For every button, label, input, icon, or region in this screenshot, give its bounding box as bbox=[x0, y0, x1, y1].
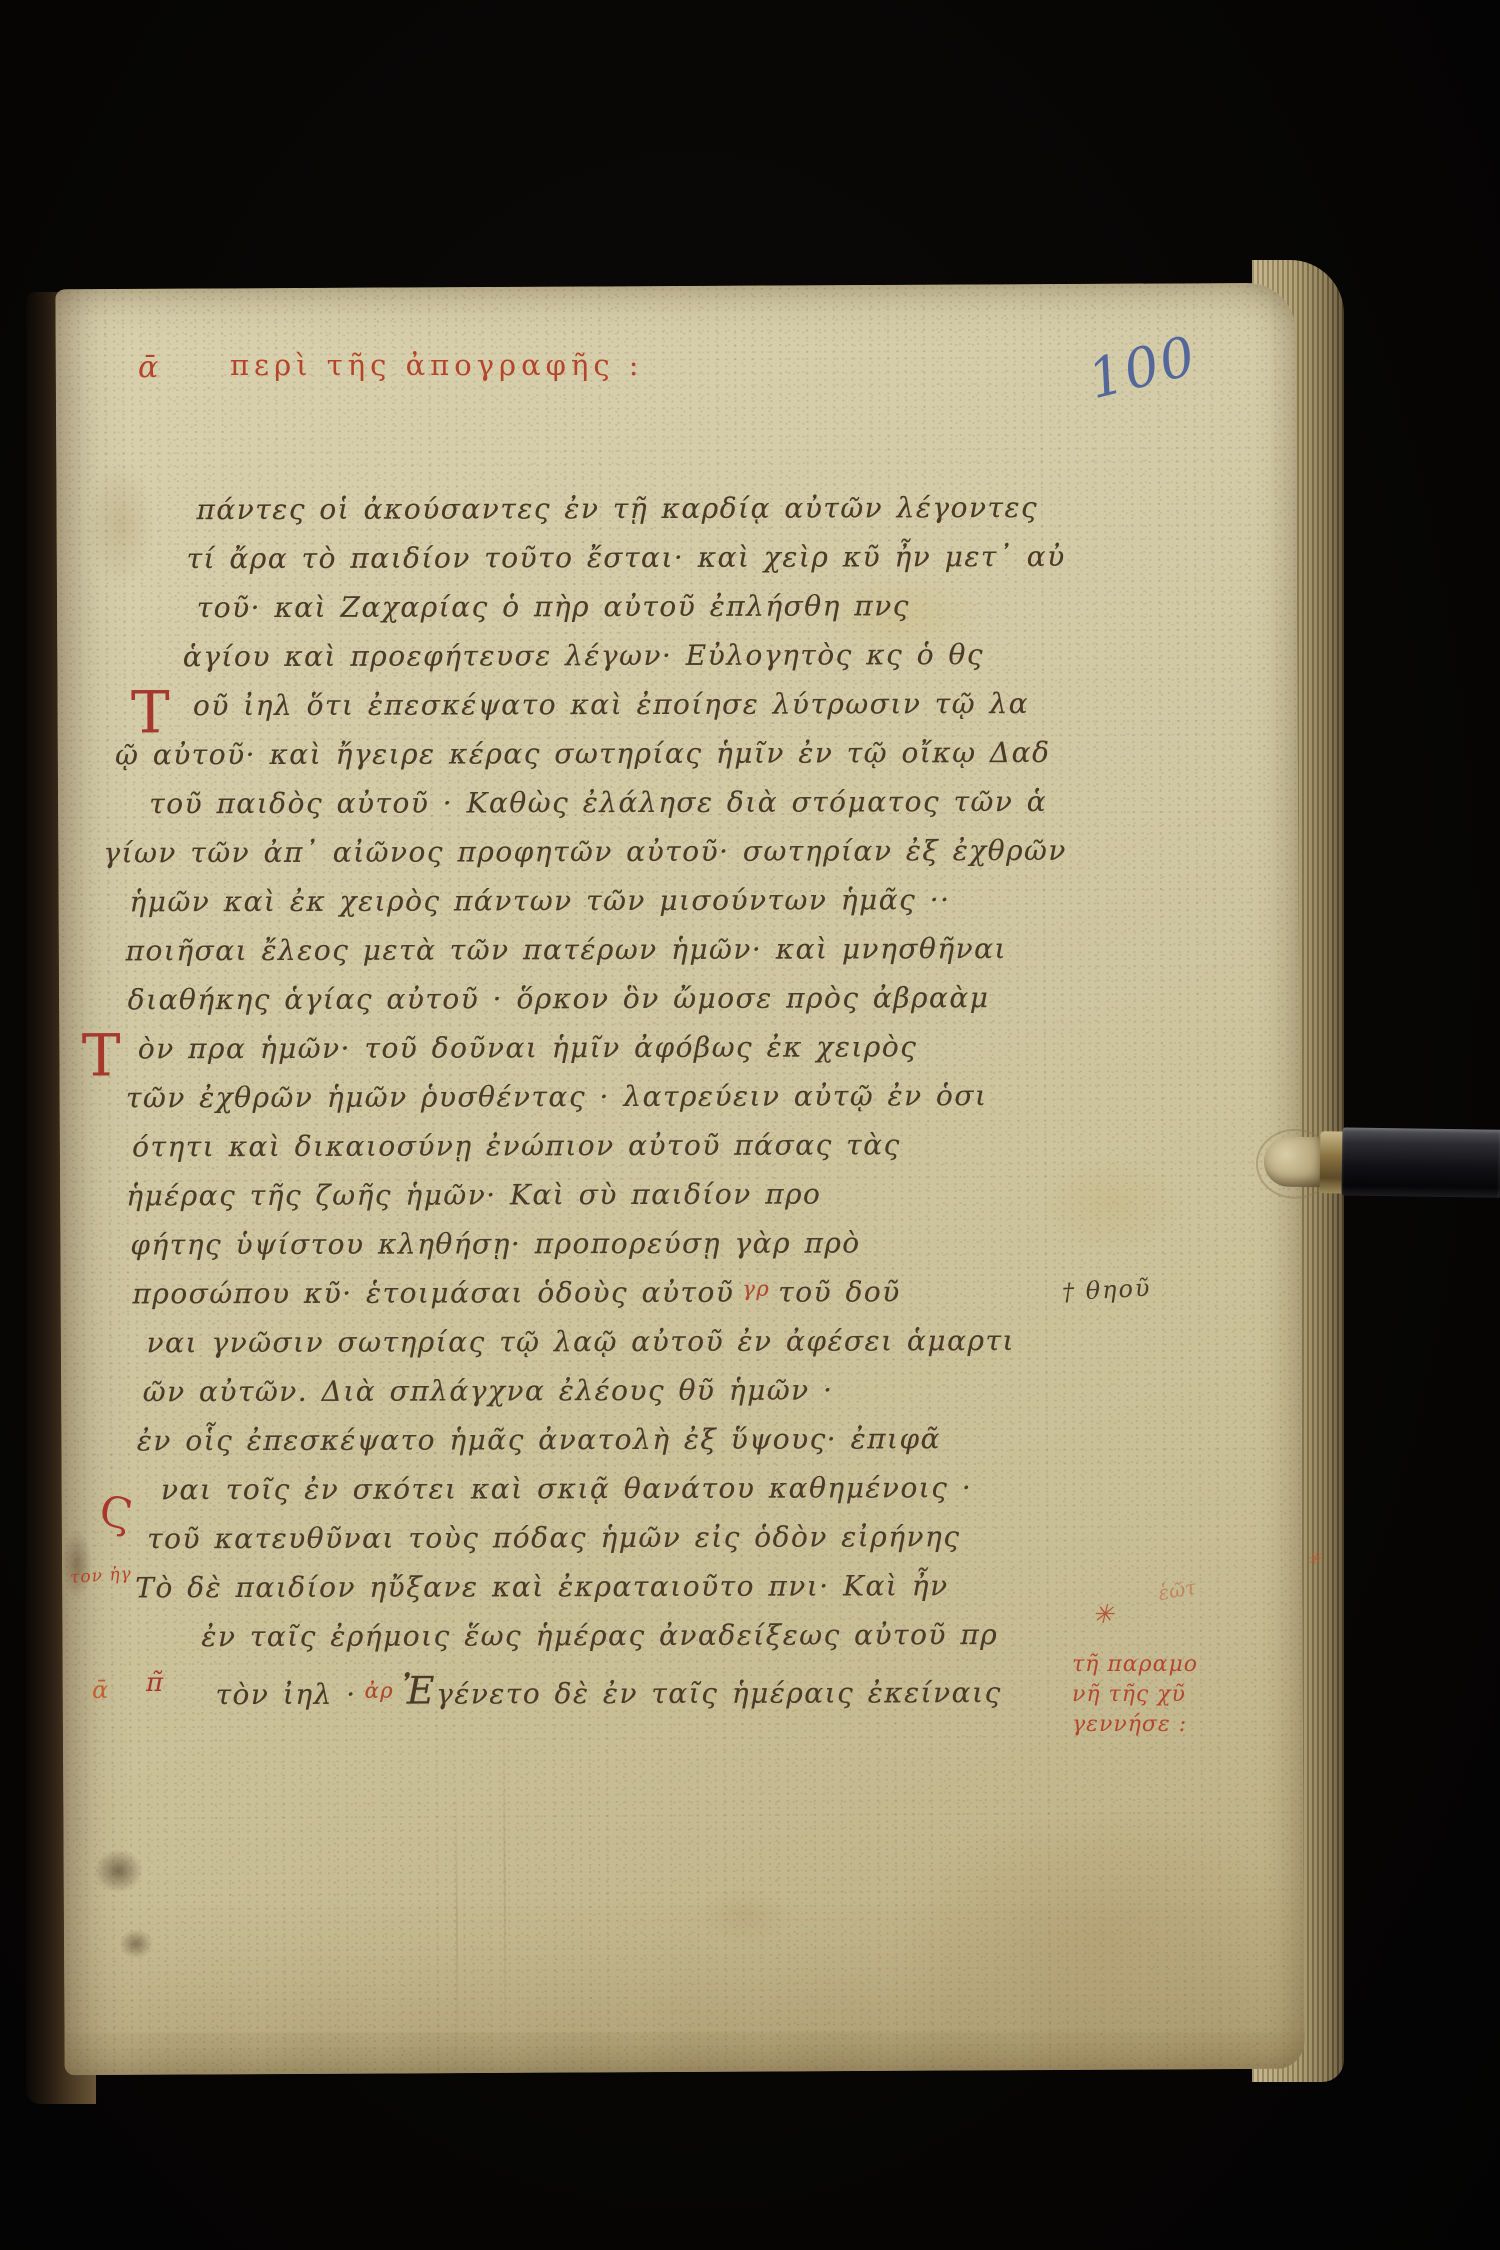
line-text: ποιῆσαι ἔλεος μετὰ τῶν πατέρων ἡμῶν· καὶ… bbox=[126, 932, 1007, 967]
parchment-crease bbox=[455, 1777, 459, 2067]
margin-chapter-alpha: ᾱ bbox=[92, 1676, 108, 1704]
parchment-stain bbox=[86, 459, 157, 589]
margin-pi-siglum: π̃ bbox=[146, 1668, 163, 1698]
line-text: ῶν αὐτῶν. Διὰ σπλάγχνα ἐλέους θῦ ἡμῶν · bbox=[143, 1373, 834, 1408]
text-line: ἡμέρας τῆς ζωῆς ἡμῶν· Καὶ σὺ παιδίον προ bbox=[126, 1177, 1090, 1229]
line-text: ὸν πρα ἡμῶν· τοῦ δοῦναι ἡμῖν ἀφόβως ἐκ χ… bbox=[138, 1030, 918, 1065]
text-line: ότητι καὶ δικαιοσύνῃ ἐνώπιον αὐτοῦ πάσας… bbox=[132, 1128, 1090, 1180]
text-line: τί ἄρα τὸ παιδίον τοῦτο ἔσται· καὶ χεὶρ … bbox=[187, 540, 1089, 591]
line-text: τοῦ κατευθῦναι τοὺς πόδας ἡμῶν εἰς ὁδὸν … bbox=[147, 1520, 960, 1555]
text-line: ναι γνῶσιν σωτηρίας τῷ λαῷ αὐτοῦ ἐν ἀφέσ… bbox=[147, 1324, 1091, 1375]
text-line: ῶν αὐτῶν. Διὰ σπλάγχνα ἐλέους θῦ ἡμῶν · bbox=[143, 1373, 1091, 1424]
text-line: ῷ αὐτοῦ· καὶ ἤγειρε κέρας σωτηρίας ἡμῖν … bbox=[115, 736, 1089, 788]
text-line: ἡμῶν καὶ ἐκ χειρὸς πάντων τῶν μισούντων … bbox=[129, 883, 1089, 935]
manuscript-photo: ᾱ περὶ τῆς ἀπογραφῆς : 100 πάντες οἱ ἀκο… bbox=[0, 0, 1500, 2250]
text-line: ἁγίου καὶ προεφήτευσε λέγων· Εὐλογητὸς κ… bbox=[183, 638, 1089, 689]
parchment-crease bbox=[503, 1687, 507, 2067]
parchment-stain bbox=[62, 1529, 92, 1599]
line-text: οῦ ἰηλ ὅτι ἐπεσκέψατο καὶ ἐποίησε λύτρωσ… bbox=[193, 687, 1029, 722]
line-text: Τὸ δὲ παιδίον ηὔξανε καὶ ἐκραταιοῦτο πνι… bbox=[135, 1569, 948, 1604]
text-line: τοῦ· καὶ Ζαχαρίας ὁ πὴρ αὐτοῦ ἐπλήσθη πν… bbox=[197, 589, 1089, 640]
line-text: τοῦ παιδὸς αὐτοῦ · Καθὼς ἐλάλησε διὰ στό… bbox=[149, 785, 1047, 820]
line-text: ότητι καὶ δικαιοσύνῃ ἐνώπιον αὐτοῦ πάσας… bbox=[132, 1128, 901, 1163]
text-line: ναι τοῖς ἐν σκότει καὶ σκιᾷ θανάτου καθη… bbox=[161, 1471, 1091, 1522]
lection-start-mark: ἀρ bbox=[365, 1679, 395, 1703]
rubric-initial: Τ bbox=[131, 683, 171, 741]
line-text: ἐν ταῖς ἐρήμοις ἕως ἡμέρας ἀναδείξεως αὐ… bbox=[201, 1618, 998, 1653]
text-line: Τὸν πρα ἡμῶν· τοῦ δοῦναι ἡμῖν ἀφόβως ἐκ … bbox=[138, 1030, 1090, 1081]
text-line: τοῦ κατευθῦναι τοὺς πόδας ἡμῶν εἰς ὁδὸν … bbox=[147, 1520, 1091, 1571]
text-line: διαθήκης ἁγίας αὐτοῦ · ὅρκον ὃν ὤμοσε πρ… bbox=[128, 981, 1090, 1033]
line-text: ἡμέρας τῆς ζωῆς ἡμῶν· Καὶ σὺ παιδίον προ bbox=[126, 1178, 821, 1213]
variant-mark-rubric: γρ bbox=[742, 1277, 770, 1301]
lectionary-note-line: γεννήσε : bbox=[1072, 1710, 1198, 1740]
line-text: γένετο δὲ ἐν ταῖς ἡμέραις ἐκείναις bbox=[436, 1676, 1002, 1710]
text-line: γίων τῶν ἀπ᾽ αἰῶνος προφητῶν αὐτοῦ· σωτη… bbox=[103, 834, 1089, 886]
page-header-rubric: περὶ τῆς ἀπογραφῆς : bbox=[230, 348, 644, 382]
line-text: τοῦ· καὶ Ζαχαρίας ὁ πὴρ αὐτοῦ ἐπλήσθη πν… bbox=[197, 589, 910, 624]
parchment-stain bbox=[94, 1849, 144, 1893]
text-line: ἐν ταῖς ἐρήμοις ἕως ἡμέρας ἀναδείξεως αὐ… bbox=[201, 1618, 1091, 1669]
metal-pointer bbox=[1255, 1120, 1500, 1201]
line-text: φήτης ὑψίστου κληθήσῃ· προπορεύσῃ γὰρ πρ… bbox=[130, 1226, 860, 1261]
line-text: ναι τοῖς ἐν σκότει καὶ σκιᾷ θανάτου καθη… bbox=[161, 1471, 972, 1506]
text-line: τοῦ παιδὸς αὐτοῦ · Καθὼς ἐλάλησε διὰ στό… bbox=[149, 785, 1089, 836]
line-text: γίων τῶν ἀπ᾽ αἰῶνος προφητῶν αὐτοῦ· σωτη… bbox=[103, 834, 1067, 870]
line-text: ἡμῶν καὶ ἐκ χειρὸς πάντων τῶν μισούντων … bbox=[129, 883, 950, 918]
text-line: ποιῆσαι ἔλεος μετὰ τῶν πατέρων ἡμῶν· καὶ… bbox=[126, 932, 1090, 984]
text-line: πάντες οἱ ἀκούσαντες ἐν τῇ καρδίᾳ αὐτῶν … bbox=[196, 491, 1088, 542]
asterisk-mark-icon: ✳ bbox=[1092, 1600, 1114, 1630]
line-text: πάντες οἱ ἀκούσαντες ἐν τῇ καρδίᾳ αὐτῶν … bbox=[196, 491, 1038, 526]
main-text-block: πάντες οἱ ἀκούσαντες ἐν τῇ καρδίᾳ αὐτῶν … bbox=[188, 491, 1091, 1718]
lectionary-note-line: τῆ παραμο bbox=[1072, 1650, 1198, 1680]
text-line: Τὸ δὲ παιδίον ηὔξανε καὶ ἐκραταιοῦτο πνι… bbox=[135, 1569, 1091, 1621]
pointer-tip bbox=[1264, 1136, 1327, 1187]
text-line: φήτης ὑψίστου κληθήσῃ· προπορεύσῃ γὰρ πρ… bbox=[130, 1226, 1090, 1278]
line-text: προσώπου κῦ· ἑτοιμάσαι ὁδοὺς αὐτοῦ bbox=[132, 1276, 734, 1311]
parchment-stain bbox=[883, 1803, 1314, 2065]
text-line: ἐν οἷς ἐπεσκέψατο ἡμᾶς ἀνατολὴ ἐξ ὕψους·… bbox=[137, 1422, 1091, 1473]
line-text: τί ἄρα τὸ παιδίον τοῦτο ἔσται· καὶ χεὶρ … bbox=[187, 540, 1066, 575]
rubric-initial: Τ bbox=[82, 1026, 122, 1084]
parchment-stain bbox=[694, 1885, 794, 1946]
lectionary-note-line: νῆ τῆς χῦ bbox=[1072, 1680, 1198, 1710]
line-text: ἁγίου καὶ προεφήτευσε λέγων· Εὐλογητὸς κ… bbox=[183, 638, 984, 673]
enlarged-initial: Ἐ bbox=[402, 1669, 436, 1713]
margin-correction-note: † θηοῦ bbox=[1061, 1274, 1152, 1307]
line-text: διαθήκης ἁγίας αὐτοῦ · ὅρκον ὃν ὤμοσε πρ… bbox=[128, 981, 990, 1016]
text-line: τῶν ἐχθρῶν ἡμῶν ῥυσθέντας · λατρεύειν αὐ… bbox=[126, 1079, 1090, 1131]
chapter-number: ᾱ bbox=[138, 350, 158, 385]
line-text: τὸν ἰηλ · bbox=[216, 1678, 357, 1711]
asterisk-mark-icon: ✳ bbox=[1306, 1548, 1322, 1570]
line-text: τῶν ἐχθρῶν ἡμῶν ῥυσθέντας · λατρεύειν αὐ… bbox=[126, 1079, 988, 1114]
line-text: ἐν οἷς ἐπεσκέψατο ἡμᾶς ἀνατολὴ ἐξ ὕψους·… bbox=[137, 1422, 941, 1457]
line-text: τοῦ δοῦ bbox=[778, 1275, 901, 1308]
pointer-rod bbox=[1342, 1128, 1500, 1198]
line-text: ῷ αὐτοῦ· καὶ ἤγειρε κέρας σωτηρίας ἡμῖν … bbox=[115, 736, 1050, 771]
parchment-stain bbox=[119, 1929, 153, 1959]
lectionary-margin-note: τῆ παραμο νῆ τῆς χῦ γεννήσε : bbox=[1072, 1650, 1198, 1740]
text-line: προσώπου κῦ· ἑτοιμάσαι ὁδοὺς αὐτοῦγρτοῦ … bbox=[132, 1275, 1090, 1327]
text-line: τὸν ἰηλ ·ἀρἘγένετο δὲ ἐν ταῖς ἡμέραις ἐκ… bbox=[215, 1667, 1091, 1718]
line-text: ναι γνῶσιν σωτηρίας τῷ λαῷ αὐτοῦ ἐν ἀφέσ… bbox=[147, 1324, 1015, 1359]
text-line: Τοῦ ἰηλ ὅτι ἐπεσκέψατο καὶ ἐποίησε λύτρω… bbox=[193, 687, 1089, 738]
